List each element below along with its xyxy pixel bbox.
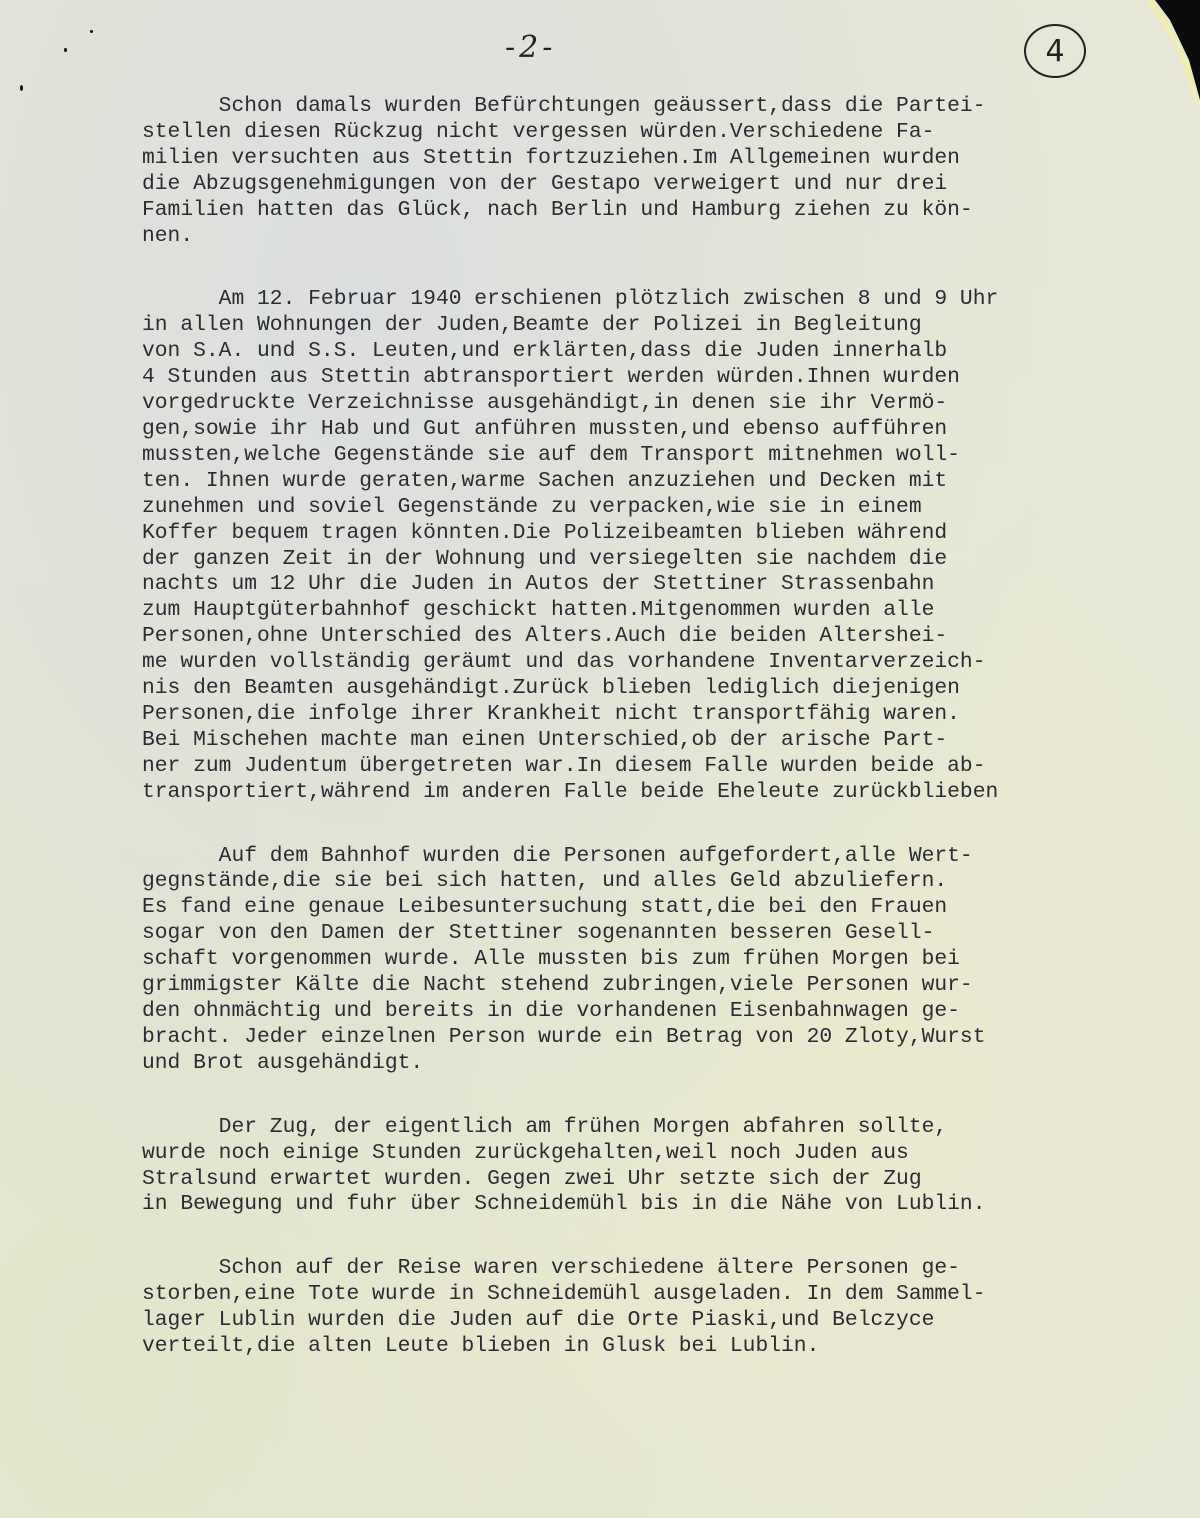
text-line: Schon auf der Reise waren verschiedene ä…	[142, 1256, 1182, 1282]
text-line: mussten,welche Gegenstände sie auf dem T…	[142, 443, 1182, 469]
text-line: wurde noch einige Stunden zurückgehalten…	[142, 1141, 1182, 1167]
text-line: schaft vorgenommen wurde. Alle mussten b…	[142, 947, 1182, 973]
text-line: Koffer bequem tragen könnten.Die Polizei…	[142, 521, 1182, 547]
text-line: der ganzen Zeit in der Wohnung und versi…	[142, 547, 1182, 573]
text-line: zunehmen und soviel Gegenstände zu verpa…	[142, 495, 1182, 521]
text-line: Stralsund erwartet wurden. Gegen zwei Uh…	[142, 1167, 1182, 1193]
text-line: Bei Mischehen machte man einen Unterschi…	[142, 728, 1182, 754]
folio-number-text: 4	[1045, 34, 1064, 69]
text-line: Auf dem Bahnhof wurden die Personen aufg…	[142, 844, 1182, 870]
text-line: und Brot ausgehändigt.	[142, 1051, 1182, 1077]
text-line: nachts um 12 Uhr die Juden in Autos der …	[142, 572, 1182, 598]
text-line: storben,eine Tote wurde in Schneidemühl …	[142, 1282, 1182, 1308]
text-line: milien versuchten aus Stettin fortzuzieh…	[142, 146, 1182, 172]
text-line: Es fand eine genaue Leibesuntersuchung s…	[142, 895, 1182, 921]
text-line: den ohnmächtig und bereits in die vorhan…	[142, 999, 1182, 1025]
text-line: bracht. Jeder einzelnen Person wurde ein…	[142, 1025, 1182, 1051]
text-line: ner zum Judentum übergetreten war.In die…	[142, 754, 1182, 780]
handwritten-page-number: -2-	[505, 30, 556, 65]
text-line: sogar von den Damen der Stettiner sogena…	[142, 921, 1182, 947]
text-line: verteilt,die alten Leute blieben in Glus…	[142, 1334, 1182, 1360]
text-line: Personen,die infolge ihrer Krankheit nic…	[142, 702, 1182, 728]
paragraph: Der Zug, der eigentlich am frühen Morgen…	[142, 1115, 1182, 1219]
text-line: 4 Stunden aus Stettin abtransportiert we…	[142, 365, 1182, 391]
circled-folio-number: 4	[1024, 24, 1086, 78]
text-line: me wurden vollständig geräumt und das vo…	[142, 650, 1182, 676]
text-line: vorgedruckte Verzeichnisse ausgehändigt,…	[142, 391, 1182, 417]
text-line: grimmigster Kälte die Nacht stehend zubr…	[142, 973, 1182, 999]
paragraph: Auf dem Bahnhof wurden die Personen aufg…	[142, 844, 1182, 1077]
text-line: gen,sowie ihr Hab und Gut anführen musst…	[142, 417, 1182, 443]
paragraph: Am 12. Februar 1940 erschienen plötzlich…	[142, 287, 1182, 805]
text-line: transportiert,während im anderen Falle b…	[142, 780, 1182, 806]
paragraph: Schon auf der Reise waren verschiedene ä…	[142, 1256, 1182, 1360]
text-line: nen.	[142, 224, 1182, 250]
text-line: in Bewegung und fuhr über Schneidemühl b…	[142, 1192, 1182, 1218]
text-line: Schon damals wurden Befürchtungen geäuss…	[142, 94, 1182, 120]
text-line: nis den Beamten ausgehändigt.Zurück blie…	[142, 676, 1182, 702]
text-line: Personen,ohne Unterschied des Alters.Auc…	[142, 624, 1182, 650]
text-line: gegnstände,die sie bei sich hatten, und …	[142, 869, 1182, 895]
paragraph: Schon damals wurden Befürchtungen geäuss…	[142, 94, 1182, 249]
typewritten-body: Schon damals wurden Befürchtungen geäuss…	[142, 94, 1182, 1398]
text-line: von S.A. und S.S. Leuten,und erklärten,d…	[142, 339, 1182, 365]
text-line: ten. Ihnen wurde geraten,warme Sachen an…	[142, 469, 1182, 495]
text-line: in allen Wohnungen der Juden,Beamte der …	[142, 313, 1182, 339]
text-line: lager Lublin wurden die Juden auf die Or…	[142, 1308, 1182, 1334]
text-line: stellen diesen Rückzug nicht vergessen w…	[142, 120, 1182, 146]
text-line: zum Hauptgüterbahnhof geschickt hatten.M…	[142, 598, 1182, 624]
text-line: Am 12. Februar 1940 erschienen plötzlich…	[142, 287, 1182, 313]
text-line: die Abzugsgenehmigungen von der Gestapo …	[142, 172, 1182, 198]
text-line: Familien hatten das Glück, nach Berlin u…	[142, 198, 1182, 224]
text-line: Der Zug, der eigentlich am frühen Morgen…	[142, 1115, 1182, 1141]
